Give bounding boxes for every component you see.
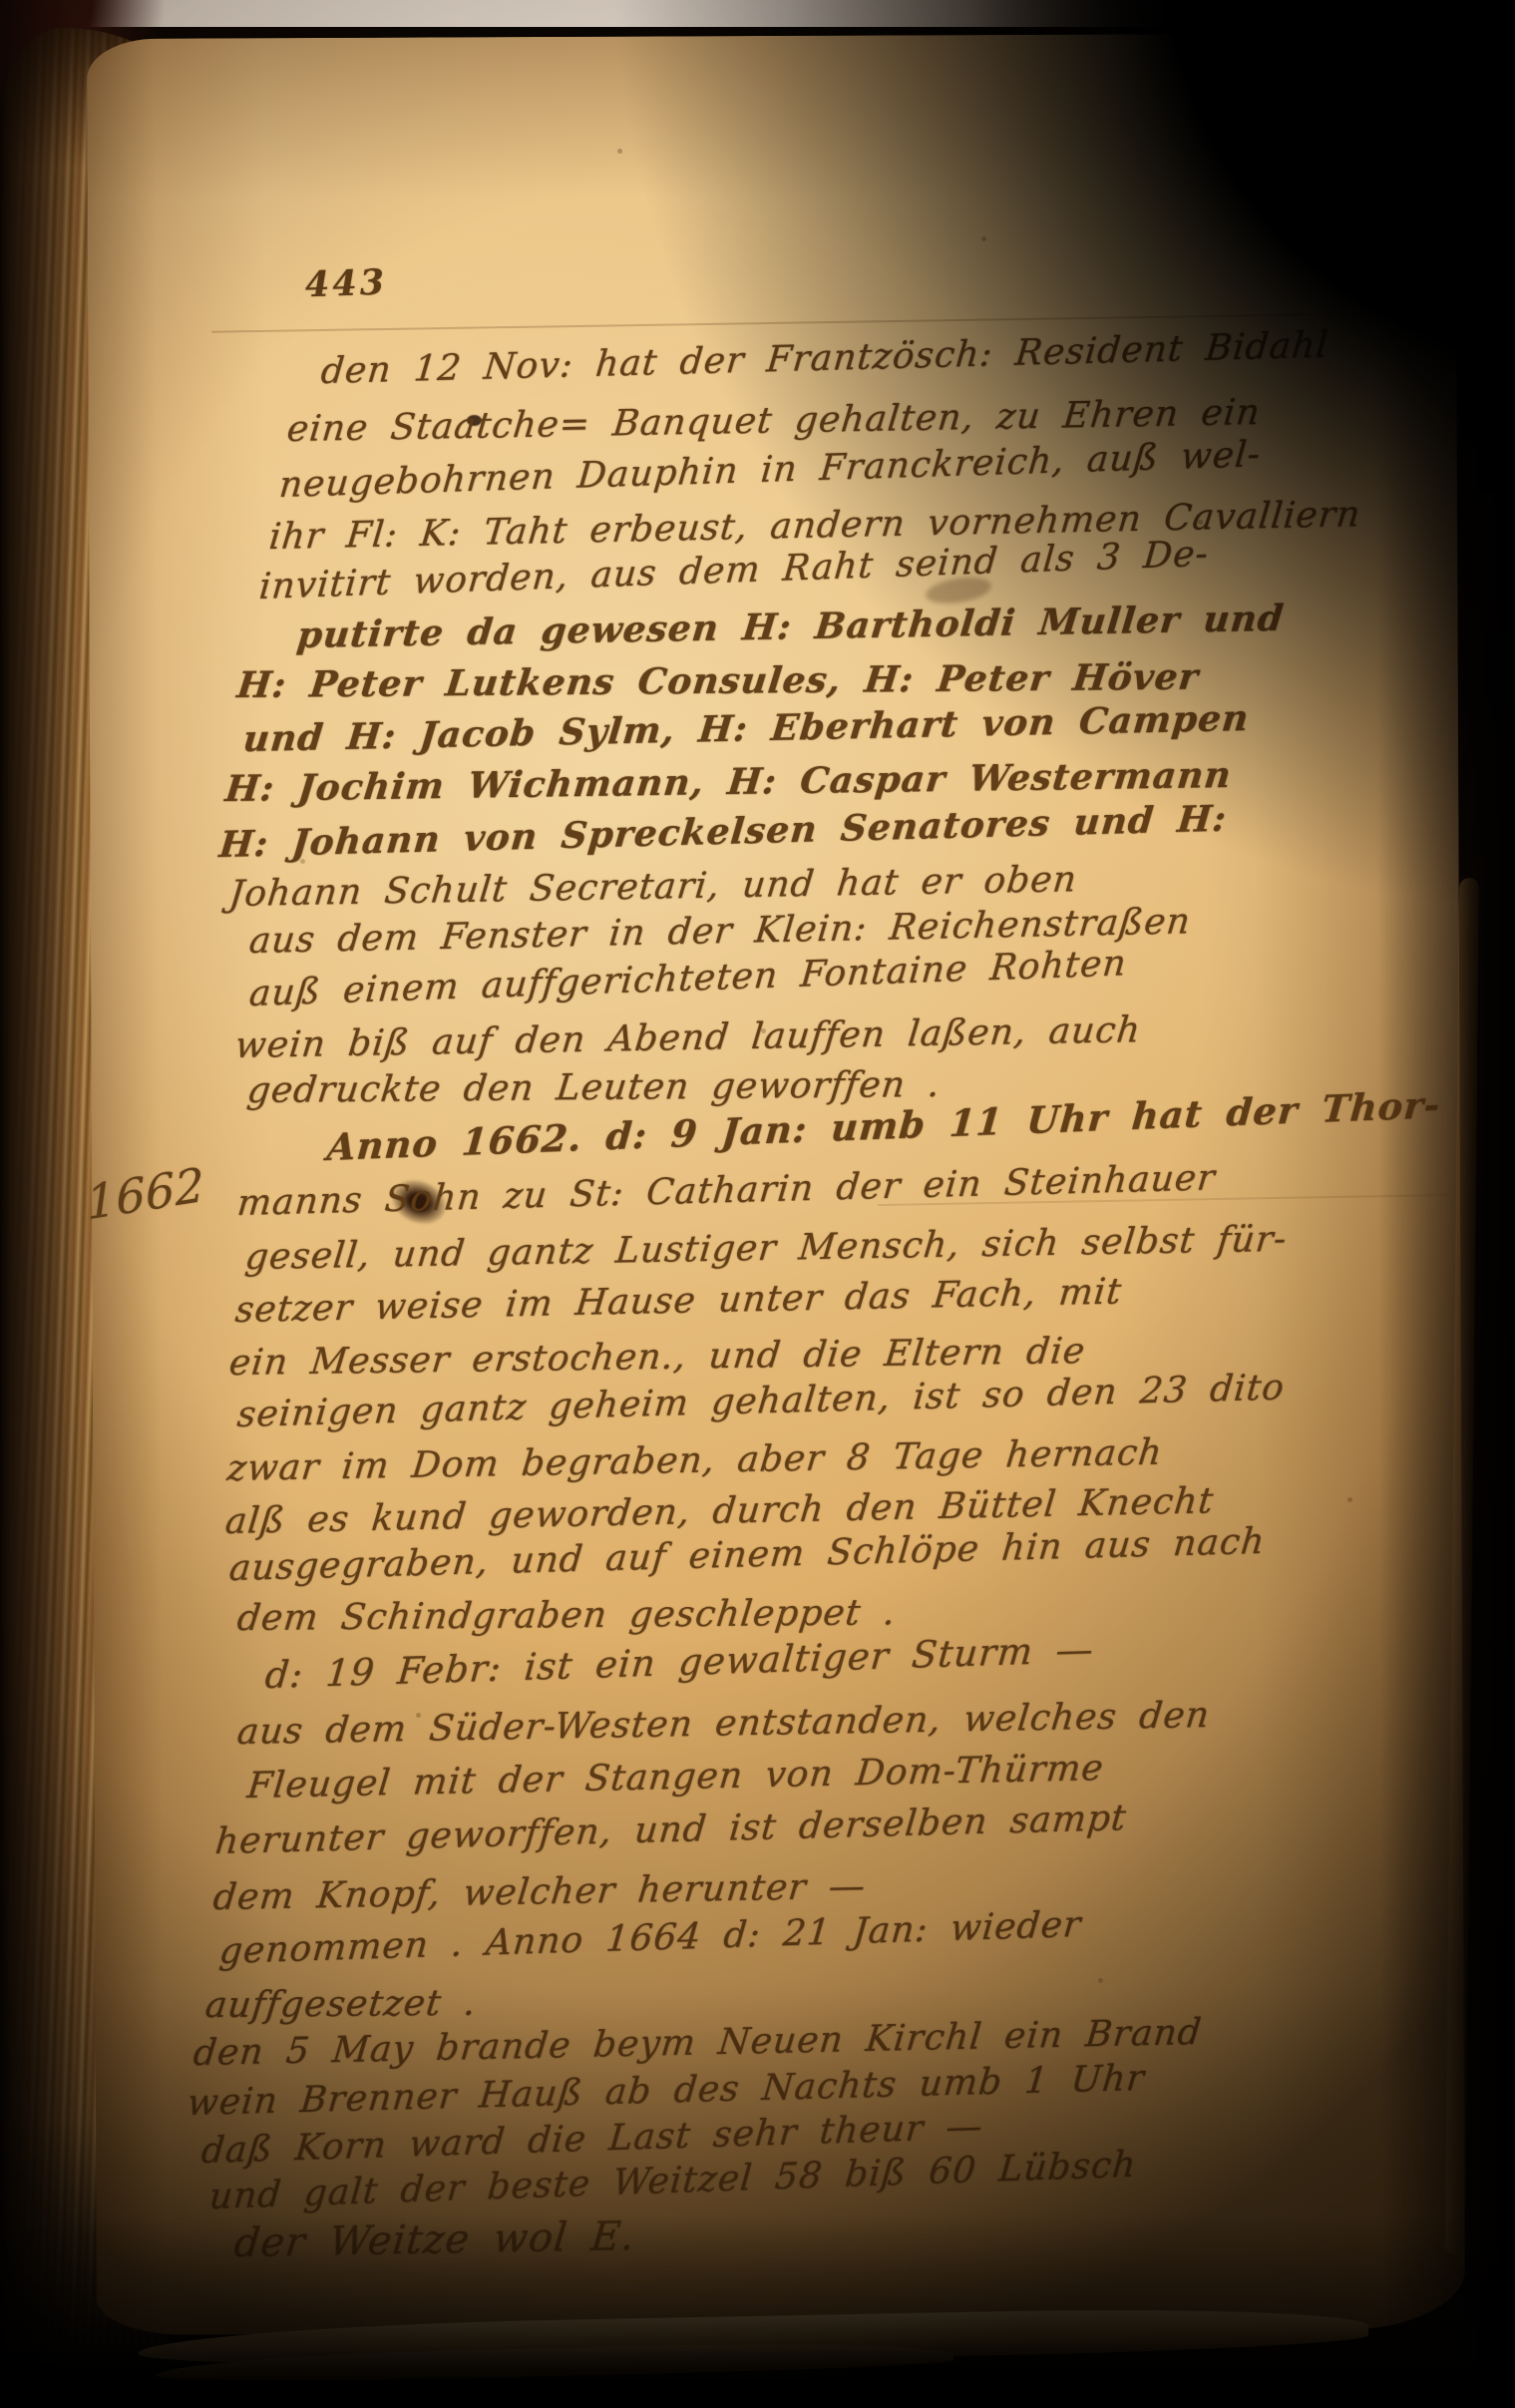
manuscript-line: manns Sohn zu St: Catharin der ein Stein… — [235, 1157, 1217, 1224]
manuscript-line: wein biß auf den Abend lauffen laßen, au… — [233, 1009, 1143, 1066]
manuscript-line: aus dem Süder-Westen entstanden, welches… — [235, 1695, 1212, 1753]
manuscript-line: und H: Jacob Sylm, H: Eberhart von Campe… — [241, 697, 1252, 760]
manuscript-line: gesell, und gantz Lustiger Mensch, sich … — [243, 1219, 1290, 1278]
manuscript-line: d: 19 Febr: ist ein gewaltiger Sturm — — [263, 1628, 1096, 1697]
handwriting-layer: den 12 Nov: hat der Frantzösch: Resident… — [0, 0, 1515, 2408]
manuscript-line: den 12 Nov: hat der Frantzösch: Resident… — [319, 324, 1330, 392]
manuscript-line: dem Schindgraben geschleppet . — [235, 1592, 899, 1639]
manuscript-line: Fleugel mit der Stangen von Dom-Thürme — [245, 1748, 1106, 1806]
manuscript-photo: 443 1662 den 12 Nov: hat der Frantzösch:… — [0, 0, 1515, 2408]
manuscript-line: zwar im Dom begraben, aber 8 Tage hernac… — [225, 1432, 1165, 1489]
manuscript-line: H: Peter Lutkens Consules, H: Peter Höve… — [235, 656, 1201, 706]
manuscript-line: dem Knopf, welcher herunter — — [211, 1866, 868, 1918]
manuscript-line: putirte da gewesen H: Bartholdi Muller u… — [295, 598, 1287, 656]
manuscript-line: setzer weise im Hause unter das Fach, mi… — [233, 1271, 1124, 1331]
manuscript-line: herunter geworffen, und ist derselben sa… — [213, 1798, 1128, 1862]
manuscript-line: der Weitze wol E. — [232, 2213, 638, 2266]
manuscript-line: gedruckte den Leuten geworffen . — [245, 1064, 943, 1111]
manuscript-line: auffgesetzet . — [203, 1983, 479, 2026]
